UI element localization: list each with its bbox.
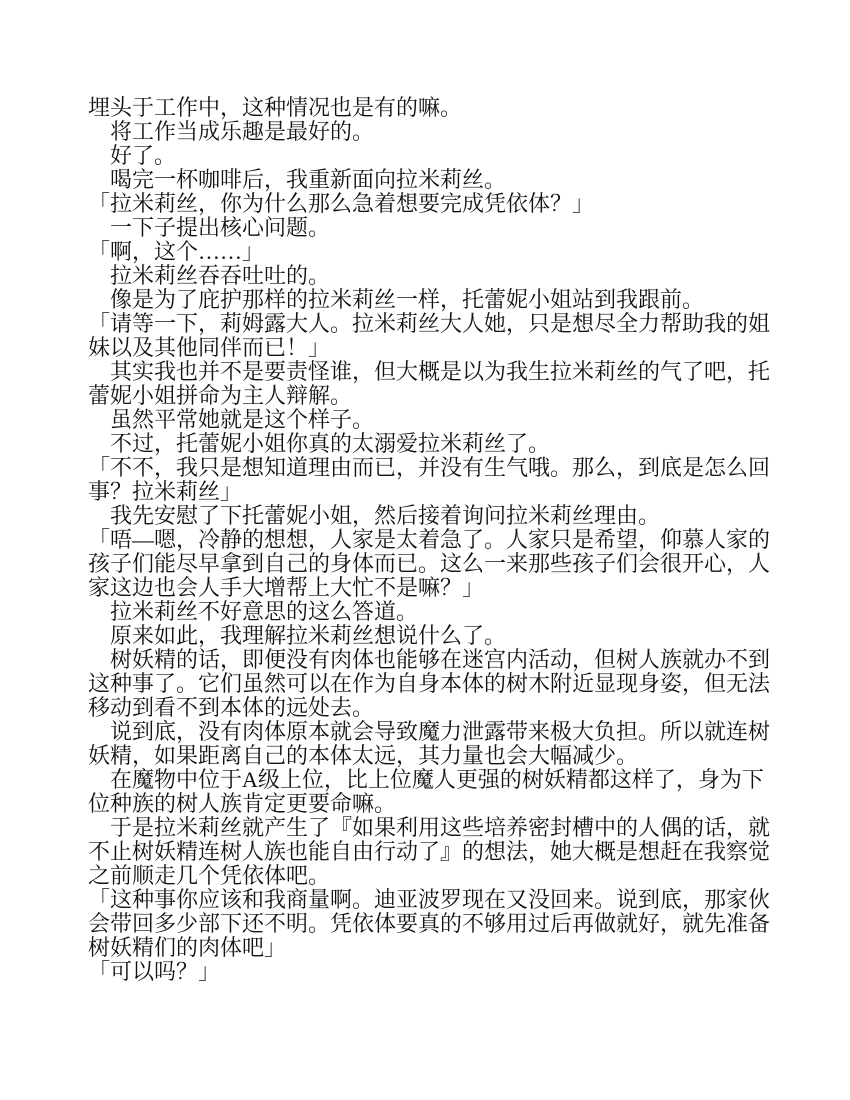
text-line: 妹以及其他同伴而已！」 <box>88 336 818 360</box>
text-line: 其实我也并不是要责怪谁，但大概是以为我生拉米莉丝的气了吧，托 <box>88 360 818 384</box>
text-line: 事？拉米莉丝」 <box>88 480 818 504</box>
text-line: 「这种事你应该和我商量啊。迪亚波罗现在又没回来。说到底，那家伙 <box>88 888 818 912</box>
text-line: 埋头于工作中，这种情况也是有的嘛。 <box>88 96 818 120</box>
text-line: 虽然平常她就是这个样子。 <box>88 408 818 432</box>
text-line: 这种事了。它们虽然可以在作为自身本体的树木附近显现身姿，但无法 <box>88 672 818 696</box>
text-line: 于是拉米莉丝就产生了『如果利用这些培养密封槽中的人偶的话，就 <box>88 816 818 840</box>
text-line: 移动到看不到本体的远处去。 <box>88 696 818 720</box>
text-line: 位种族的树人族肯定更要命嘛。 <box>88 792 818 816</box>
text-line: 不过，托蕾妮小姐你真的太溺爱拉米莉丝了。 <box>88 432 818 456</box>
text-line: 家这边也会人手大增帮上大忙不是嘛？」 <box>88 576 818 600</box>
text-line: 「啊，这个……」 <box>88 240 818 264</box>
text-line: 「唔—嗯，冷静的想想，人家是太着急了。人家只是希望，仰慕人家的 <box>88 528 818 552</box>
text-line: 原来如此，我理解拉米莉丝想说什么了。 <box>88 624 818 648</box>
novel-text-block: 埋头于工作中，这种情况也是有的嘛。将工作当成乐趣是最好的。好了。喝完一杯咖啡后，… <box>88 96 818 984</box>
text-line: 之前顺走几个凭依体吧。 <box>88 864 818 888</box>
text-line: 在魔物中位于A级上位，比上位魔人更强的树妖精都这样了，身为下 <box>88 768 818 792</box>
text-line: 树妖精们的肉体吧」 <box>88 936 818 960</box>
text-line: 「可以吗？」 <box>88 960 818 984</box>
text-line: 我先安慰了下托蕾妮小姐，然后接着询问拉米莉丝理由。 <box>88 504 818 528</box>
text-line: 一下子提出核心问题。 <box>88 216 818 240</box>
text-line: 蕾妮小姐拼命为主人辩解。 <box>88 384 818 408</box>
text-line: 说到底，没有肉体原本就会导致魔力泄露带来极大负担。所以就连树 <box>88 720 818 744</box>
text-line: 好了。 <box>88 144 818 168</box>
text-line: 妖精，如果距离自己的本体太远，其力量也会大幅减少。 <box>88 744 818 768</box>
text-line: 树妖精的话，即便没有肉体也能够在迷宫内活动，但树人族就办不到 <box>88 648 818 672</box>
text-line: 会带回多少部下还不明。凭依体要真的不够用过后再做就好，就先准备 <box>88 912 818 936</box>
text-line: 像是为了庇护那样的拉米莉丝一样，托蕾妮小姐站到我跟前。 <box>88 288 818 312</box>
text-line: 拉米莉丝不好意思的这么答道。 <box>88 600 818 624</box>
text-line: 「不不，我只是想知道理由而已，并没有生气哦。那么，到底是怎么回 <box>88 456 818 480</box>
text-line: 拉米莉丝吞吞吐吐的。 <box>88 264 818 288</box>
text-line: 喝完一杯咖啡后，我重新面向拉米莉丝。 <box>88 168 818 192</box>
text-line: 将工作当成乐趣是最好的。 <box>88 120 818 144</box>
text-line: 「拉米莉丝，你为什么那么急着想要完成凭依体？」 <box>88 192 818 216</box>
document-page: 埋头于工作中，这种情况也是有的嘛。将工作当成乐趣是最好的。好了。喝完一杯咖啡后，… <box>0 0 850 1100</box>
text-line: 「请等一下，莉姆露大人。拉米莉丝大人她，只是想尽全力帮助我的姐 <box>88 312 818 336</box>
text-line: 孩子们能尽早拿到自己的身体而已。这么一来那些孩子们会很开心，人 <box>88 552 818 576</box>
text-line: 不止树妖精连树人族也能自由行动了』的想法，她大概是想赶在我察觉 <box>88 840 818 864</box>
